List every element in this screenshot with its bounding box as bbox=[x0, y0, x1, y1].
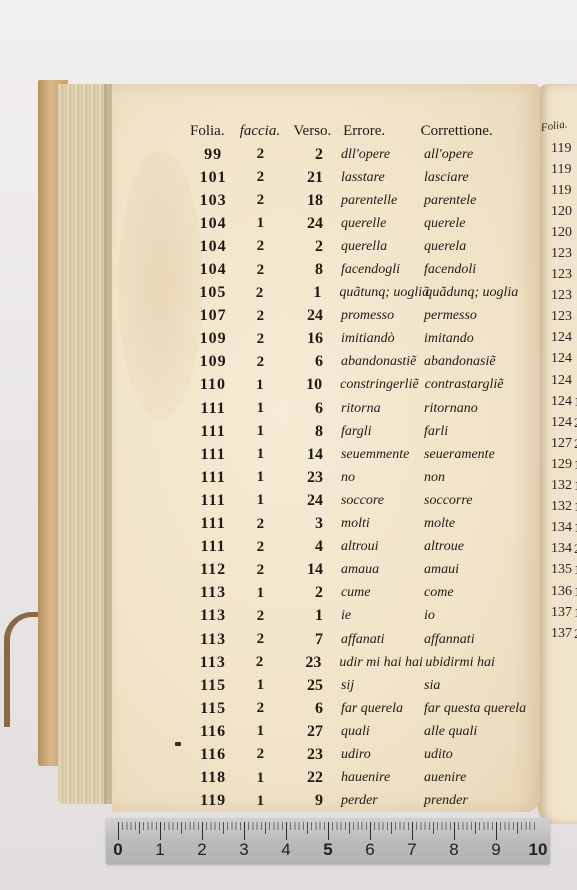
errata-header-row: Folia. faccia. Verso. Errore. Correttion… bbox=[190, 119, 530, 143]
cell-faccia: 1 bbox=[236, 423, 284, 440]
cell-folia: 115 bbox=[190, 700, 236, 718]
cell-errore: udir mi hai hai bbox=[333, 655, 419, 671]
cell-verso: 14 bbox=[284, 561, 335, 579]
right-table-row: 1242 bbox=[541, 412, 577, 433]
cell-faccia: 1 bbox=[236, 677, 284, 694]
cell-errore: querella bbox=[335, 239, 418, 255]
measurement-ruler: 012345678910 bbox=[106, 818, 550, 864]
table-row: 104124querellequerele bbox=[190, 212, 530, 235]
cell-faccia: 1 bbox=[572, 605, 577, 621]
ruler-label: 4 bbox=[274, 840, 298, 860]
right-page-body: 1191191191201201231231231231241241241241… bbox=[541, 138, 577, 644]
cell-correttione: seueramente bbox=[418, 447, 530, 463]
cell-verso: 4 bbox=[284, 538, 335, 556]
cell-correttione: non bbox=[418, 470, 530, 486]
header-verso: Verso. bbox=[293, 123, 343, 140]
table-row: 107224promessopermesso bbox=[190, 305, 530, 328]
right-table-row: 123 bbox=[541, 265, 577, 286]
cell-verso: 14 bbox=[284, 446, 335, 464]
table-row: 118122hauenireauenire bbox=[190, 767, 530, 790]
cell-correttione: sia bbox=[418, 678, 530, 694]
cell-faccia: 1 bbox=[572, 394, 577, 410]
cell-errore: imitiandò bbox=[335, 331, 418, 347]
table-row: 112214amauaamaui bbox=[190, 559, 530, 582]
right-table-row: 119 bbox=[541, 180, 577, 201]
cell-verso: 2 bbox=[284, 146, 335, 164]
cell-folia: 123 bbox=[541, 288, 572, 304]
cell-correttione: parentele bbox=[418, 193, 530, 209]
cell-faccia: 2 bbox=[572, 541, 577, 557]
cell-verso: 24 bbox=[284, 307, 335, 325]
cell-correttione: imitando bbox=[418, 331, 530, 347]
cell-errore: parentelle bbox=[335, 193, 418, 209]
table-row: 11124altrouialtroue bbox=[190, 536, 530, 559]
ruler-label: 5 bbox=[316, 840, 340, 860]
table-row: 11312cumecome bbox=[190, 582, 530, 605]
cell-correttione: auenire bbox=[418, 770, 530, 786]
ruler-label: 7 bbox=[400, 840, 424, 860]
cell-folia: 124 bbox=[541, 394, 572, 410]
cell-verso: 24 bbox=[284, 215, 335, 233]
right-table-row: 1372 bbox=[541, 623, 577, 644]
cell-faccia: 2 bbox=[236, 516, 284, 533]
header-correttione: Correttione. bbox=[421, 123, 530, 140]
cell-folia: 124 bbox=[541, 415, 572, 431]
cell-correttione: altroue bbox=[418, 539, 530, 555]
cell-folia: 111 bbox=[190, 423, 236, 441]
cell-folia: 111 bbox=[190, 515, 236, 533]
cell-verso: 9 bbox=[284, 792, 335, 810]
table-row: 110110constringerliẽcontrastargliẽ bbox=[190, 374, 530, 397]
cell-folia: 124 bbox=[541, 330, 572, 346]
cell-correttione: far questa querela bbox=[418, 701, 530, 717]
cell-verso: 21 bbox=[284, 169, 335, 187]
cell-faccia: 2 bbox=[236, 262, 284, 279]
cell-folia: 111 bbox=[190, 469, 236, 487]
cell-errore: altroui bbox=[335, 539, 418, 555]
cell-errore: dll'opere bbox=[335, 147, 418, 163]
cell-correttione: io bbox=[418, 608, 530, 624]
right-table-row: 1321 bbox=[541, 476, 577, 497]
cell-verso: 10 bbox=[284, 376, 334, 394]
cell-faccia: 2 bbox=[236, 631, 284, 648]
cell-verso: 6 bbox=[284, 400, 335, 418]
header-faccia: faccia. bbox=[240, 123, 294, 140]
right-table-row: 1341 bbox=[541, 518, 577, 539]
cell-correttione: alle quali bbox=[418, 724, 530, 740]
cell-folia: 123 bbox=[541, 309, 572, 325]
right-table-row: 119 bbox=[541, 159, 577, 180]
cell-faccia: 2 bbox=[236, 654, 284, 671]
cell-errore: ritorna bbox=[335, 401, 418, 417]
cell-correttione: ritornano bbox=[418, 401, 530, 417]
table-row: 11327affanatiaffannati bbox=[190, 628, 530, 651]
cell-faccia: 1 bbox=[236, 723, 284, 740]
cell-faccia: 2 bbox=[236, 146, 284, 163]
cell-errore: far querela bbox=[335, 701, 418, 717]
table-row: 116223udiroudito bbox=[190, 743, 530, 766]
table-row: 9922dll'opereall'opere bbox=[190, 143, 530, 166]
cell-folia: 103 bbox=[190, 192, 236, 210]
cell-folia: 116 bbox=[190, 746, 236, 764]
cell-correttione: soccorre bbox=[418, 493, 530, 509]
cell-correttione: come bbox=[418, 585, 530, 601]
cell-correttione: udito bbox=[418, 747, 530, 763]
table-row: 115125sijsia bbox=[190, 674, 530, 697]
cell-faccia: 1 bbox=[236, 215, 284, 232]
table-row: 11321ieio bbox=[190, 605, 530, 628]
cell-folia: 111 bbox=[190, 492, 236, 510]
cell-folia: 120 bbox=[541, 225, 572, 241]
cell-faccia: 1 bbox=[572, 584, 577, 600]
cell-correttione: affannati bbox=[418, 632, 530, 648]
right-table-row: 1241 bbox=[541, 391, 577, 412]
right-table-row: 124 bbox=[541, 349, 577, 370]
cell-correttione: facendoli bbox=[418, 262, 530, 278]
cell-folia: 115 bbox=[190, 677, 236, 695]
cell-verso: 1 bbox=[283, 284, 333, 302]
cell-faccia: 1 bbox=[236, 469, 284, 486]
cell-faccia: 1 bbox=[236, 400, 284, 417]
cell-faccia: 2 bbox=[236, 746, 284, 763]
cell-correttione: querela bbox=[418, 239, 530, 255]
cell-folia: 137 bbox=[541, 626, 572, 642]
errata-body: 9922dll'opereall'opere101221lasstarelasc… bbox=[190, 143, 530, 813]
ruler-label: 10 bbox=[526, 840, 550, 860]
table-row: 116127qualialle quali bbox=[190, 720, 530, 743]
cell-correttione: molte bbox=[418, 516, 530, 532]
cell-errore: soccore bbox=[335, 493, 418, 509]
cell-folia: 99 bbox=[190, 146, 236, 164]
cell-folia: 113 bbox=[190, 607, 236, 625]
header-folia: Folia. bbox=[190, 123, 240, 140]
ruler-label: 8 bbox=[442, 840, 466, 860]
cell-faccia: 1 bbox=[572, 499, 577, 515]
cell-folia: 119 bbox=[541, 141, 571, 157]
cell-faccia: 1 bbox=[572, 457, 577, 473]
cell-faccia: 1 bbox=[236, 793, 284, 810]
right-table-row: 1291 bbox=[541, 454, 577, 475]
cell-errore: udiro bbox=[335, 747, 418, 763]
cell-faccia: 2 bbox=[236, 539, 284, 556]
cell-folia: 109 bbox=[190, 330, 236, 348]
cell-errore: perder bbox=[335, 793, 418, 809]
table-row: 10521quãtunq; uogliãquãdunq; uoglia bbox=[190, 282, 530, 305]
cell-verso: 16 bbox=[284, 330, 335, 348]
cell-folia: 104 bbox=[190, 238, 236, 256]
cell-verso: 2 bbox=[284, 238, 335, 256]
cell-correttione: permesso bbox=[418, 308, 530, 324]
table-row: 10422querellaquerela bbox=[190, 235, 530, 258]
cell-correttione: amaui bbox=[418, 562, 530, 578]
cell-folia: 118 bbox=[190, 769, 236, 787]
cell-correttione: prender bbox=[418, 793, 530, 809]
cell-folia: 132 bbox=[541, 499, 572, 515]
cell-faccia: 2 bbox=[572, 626, 577, 642]
cell-faccia: 1 bbox=[236, 492, 284, 509]
cell-verso: 27 bbox=[284, 723, 335, 741]
cell-faccia: 2 bbox=[236, 308, 284, 325]
cell-folia: 134 bbox=[541, 520, 572, 536]
cell-verso: 6 bbox=[284, 353, 335, 371]
cell-folia: 109 bbox=[190, 353, 236, 371]
cell-errore: lasstare bbox=[335, 170, 418, 186]
cell-errore: no bbox=[335, 470, 418, 486]
ruler-label: 9 bbox=[484, 840, 508, 860]
cell-faccia: 2 bbox=[572, 436, 577, 452]
cell-folia: 137 bbox=[541, 605, 572, 621]
ink-blot bbox=[175, 742, 181, 746]
right-table-row: 1342 bbox=[541, 539, 577, 560]
cell-folia: 116 bbox=[190, 723, 236, 741]
cell-faccia: 1 bbox=[236, 585, 284, 602]
table-row: 10926abandonastiẽabandonasiẽ bbox=[190, 351, 530, 374]
cell-folia: 111 bbox=[190, 446, 236, 464]
cell-faccia: 2 bbox=[236, 238, 284, 255]
cell-errore: amaua bbox=[335, 562, 418, 578]
ruler-label: 1 bbox=[148, 840, 172, 860]
cell-folia: 124 bbox=[541, 373, 572, 389]
table-row: 111123nonon bbox=[190, 466, 530, 489]
cell-folia: 124 bbox=[541, 351, 572, 367]
cell-folia: 113 bbox=[190, 631, 236, 649]
right-table-row: 1361 bbox=[541, 581, 577, 602]
cell-folia: 123 bbox=[541, 267, 572, 283]
right-table-row: 120 bbox=[541, 222, 577, 243]
cell-faccia: 2 bbox=[236, 700, 284, 717]
header-errore: Errore. bbox=[343, 123, 421, 140]
cell-folia: 134 bbox=[541, 541, 572, 557]
cell-verso: 24 bbox=[284, 492, 335, 510]
right-table-row: 123 bbox=[541, 307, 577, 328]
cell-folia: 119 bbox=[190, 792, 236, 810]
table-row: 10428facendoglifacendoli bbox=[190, 258, 530, 281]
cell-errore: querelle bbox=[335, 216, 418, 232]
right-header-folia: Folia. bbox=[540, 113, 577, 138]
right-table-row: 1351 bbox=[541, 560, 577, 581]
cell-verso: 25 bbox=[284, 677, 335, 695]
right-table-row: 1272 bbox=[541, 433, 577, 454]
right-table-row: 119 bbox=[541, 138, 577, 159]
cell-folia: 132 bbox=[541, 478, 572, 494]
cell-folia: 110 bbox=[190, 376, 236, 394]
cell-verso: 2 bbox=[284, 584, 335, 602]
cell-faccia: 2 bbox=[236, 285, 284, 302]
cell-folia: 111 bbox=[190, 538, 236, 556]
cell-faccia: 2 bbox=[236, 562, 284, 579]
cell-folia: 119 bbox=[541, 183, 571, 199]
cell-correttione: ubidirmi hai bbox=[419, 655, 530, 671]
cell-verso: 8 bbox=[284, 423, 335, 441]
cell-folia: 111 bbox=[190, 400, 236, 418]
right-page-column: Folia. 119119119120120123123123123124124… bbox=[541, 118, 577, 644]
cell-errore: quãtunq; uogliã bbox=[333, 285, 419, 301]
cell-folia: 120 bbox=[541, 204, 572, 220]
cell-errore: seuemmente bbox=[335, 447, 418, 463]
cell-verso: 18 bbox=[284, 192, 335, 210]
ruler-label: 2 bbox=[190, 840, 214, 860]
table-row: 103218parentelleparentele bbox=[190, 189, 530, 212]
cell-folia: 112 bbox=[190, 561, 236, 579]
right-table-row: 1371 bbox=[541, 602, 577, 623]
table-row: 109216imitiandòimitando bbox=[190, 328, 530, 351]
cell-verso: 23 bbox=[284, 746, 335, 764]
table-row: 11919perderprender bbox=[190, 790, 530, 813]
cell-errore: affanati bbox=[335, 632, 418, 648]
ruler-labels: 012345678910 bbox=[106, 840, 550, 862]
cell-verso: 6 bbox=[284, 700, 335, 718]
cell-verso: 23 bbox=[283, 654, 333, 672]
table-row: 111114seuemmenteseueramente bbox=[190, 443, 530, 466]
table-row: 11118farglifarli bbox=[190, 420, 530, 443]
cell-correttione: contrastargliẽ bbox=[419, 377, 530, 393]
cell-folia: 129 bbox=[541, 457, 572, 473]
cell-errore: fargli bbox=[335, 424, 418, 440]
ruler-ticks bbox=[118, 822, 538, 840]
cell-correttione: abandonasiẽ bbox=[418, 354, 530, 370]
cell-folia: 101 bbox=[190, 169, 236, 187]
cell-faccia: 1 bbox=[572, 520, 577, 536]
cell-errore: molti bbox=[335, 516, 418, 532]
ruler-label: 0 bbox=[106, 840, 130, 860]
cell-faccia: 1 bbox=[572, 478, 577, 494]
right-table-row: 1321 bbox=[541, 497, 577, 518]
cell-folia: 135 bbox=[541, 562, 572, 578]
cell-errore: promesso bbox=[335, 308, 418, 324]
bookmark-string bbox=[4, 612, 40, 727]
table-row: 111124soccoresoccorre bbox=[190, 489, 530, 512]
right-table-row: 124 bbox=[541, 328, 577, 349]
cell-verso: 1 bbox=[284, 607, 335, 625]
cell-faccia: 2 bbox=[572, 415, 577, 431]
cell-folia: 104 bbox=[190, 261, 236, 279]
cell-correttione: querele bbox=[418, 216, 530, 232]
cell-correttione: lasciare bbox=[418, 170, 530, 186]
cell-verso: 3 bbox=[284, 515, 335, 533]
cell-folia: 107 bbox=[190, 307, 236, 325]
cell-faccia: 2 bbox=[236, 331, 284, 348]
cell-correttione: quãdunq; uoglia bbox=[419, 285, 530, 301]
cell-folia: 104 bbox=[190, 215, 236, 233]
table-row: 11116ritornaritornano bbox=[190, 397, 530, 420]
errata-table: Folia. faccia. Verso. Errore. Correttion… bbox=[190, 119, 530, 813]
cell-folia: 136 bbox=[541, 584, 572, 600]
table-row: 11526far querelafar questa querela bbox=[190, 697, 530, 720]
cell-faccia: 1 bbox=[236, 770, 284, 787]
cell-verso: 22 bbox=[284, 769, 335, 787]
cell-faccia: 2 bbox=[236, 192, 284, 209]
cell-errore: abandonastiẽ bbox=[335, 354, 418, 370]
cell-errore: sij bbox=[335, 678, 418, 694]
table-row: 11123moltimolte bbox=[190, 513, 530, 536]
right-table-row: 123 bbox=[541, 286, 577, 307]
cell-verso: 7 bbox=[284, 631, 335, 649]
cell-errore: constringerliẽ bbox=[334, 377, 419, 393]
cell-faccia: 2 bbox=[236, 354, 284, 371]
cell-correttione: farli bbox=[418, 424, 530, 440]
cell-verso: 23 bbox=[284, 469, 335, 487]
cell-faccia: 1 bbox=[236, 446, 284, 463]
right-table-row: 123 bbox=[541, 243, 577, 264]
ruler-label: 6 bbox=[358, 840, 382, 860]
cell-folia: 105 bbox=[190, 284, 236, 302]
cell-errore: hauenire bbox=[335, 770, 418, 786]
right-table-row: 124 bbox=[541, 370, 577, 391]
cell-faccia: 2 bbox=[236, 608, 284, 625]
cell-folia: 119 bbox=[541, 162, 571, 178]
cell-folia: 123 bbox=[541, 246, 572, 262]
cell-errore: cume bbox=[335, 585, 418, 601]
cell-correttione: all'opere bbox=[418, 147, 530, 163]
cell-folia: 113 bbox=[190, 654, 236, 672]
right-table-row: 120 bbox=[541, 201, 577, 222]
table-row: 101221lasstarelasciare bbox=[190, 166, 530, 189]
cell-folia: 113 bbox=[190, 584, 236, 602]
cell-faccia: 2 bbox=[236, 169, 284, 186]
cell-errore: quali bbox=[335, 724, 418, 740]
cell-folia: 127 bbox=[541, 436, 572, 452]
cell-verso: 8 bbox=[284, 261, 335, 279]
cell-faccia: 1 bbox=[236, 377, 284, 394]
cell-errore: ie bbox=[335, 608, 418, 624]
ruler-label: 3 bbox=[232, 840, 256, 860]
cell-errore: facendogli bbox=[335, 262, 418, 278]
cell-faccia: 1 bbox=[572, 562, 577, 578]
table-row: 113223udir mi hai haiubidirmi hai bbox=[190, 651, 530, 674]
